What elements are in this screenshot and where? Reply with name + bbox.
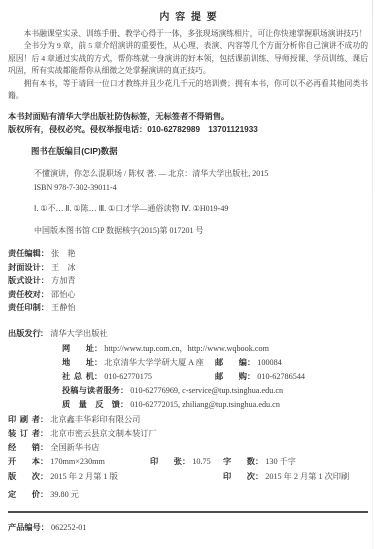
credit-label: 责任校对 (8, 290, 41, 299)
credit-label: 责任编辑 (8, 249, 41, 258)
label-colon: ： (182, 457, 190, 466)
sheets-value: 10.75 (192, 457, 210, 466)
credit-value: 王 冰 (51, 263, 76, 272)
price-value: 39.80 元 (50, 490, 79, 499)
mail-order-label: 邮购 (215, 370, 247, 384)
publisher-label: 出版发行 (8, 327, 40, 341)
website-label: 网址 (62, 342, 94, 356)
label-colon: ： (255, 472, 263, 481)
credit-row-proofreader: 责任校对： 邵怡心 (8, 288, 368, 301)
credit-value: 王静怡 (51, 303, 76, 312)
content-summary-title: 内 容 提 要 (8, 8, 368, 23)
label-colon: ： (40, 415, 48, 424)
publishing-info: 出版发行： 清华大学出版社 网址： http://www.tup.com.cn，… (8, 327, 368, 501)
label-colon: ： (41, 303, 49, 312)
contact-row-address: 地址： 北京清华大学学研大厦 A 座 邮编： 100084 (8, 356, 368, 370)
divider-rule (8, 511, 368, 513)
credit-row-cover-design: 封面设计： 王 冰 (8, 261, 368, 274)
impression-label: 印次 (223, 470, 255, 484)
publisher-row: 出版发行： 清华大学出版社 (8, 327, 368, 341)
cip-citation: 不懂演讲，你怎么混职场 / 陈权 著. — 北京：清华大学出版社, 2015 (34, 167, 368, 181)
impression-group: 印次： 2015 年 2 月第 1 次印刷 (223, 470, 349, 484)
anti-piracy-notice: 本书封面贴有清华大学出版社防伪标签，无标签者不得销售。 (8, 110, 368, 123)
credit-row-editor: 责任编辑： 张 艳 (8, 247, 368, 260)
submissions-value: 010-62776969, c-service@tup.tsinghua.edu… (130, 386, 283, 395)
format-value: 170mm×230mm (50, 457, 105, 466)
edition-row: 版次： 2015 年 2 月第 1 版 印次： 2015 年 2 月第 1 次印… (8, 470, 368, 484)
credit-value: 方加青 (51, 276, 76, 285)
label-colon: ： (247, 358, 255, 367)
specs-row: 开本： 170mm×230mm 印张： 10.75 字数： 130 千字 (8, 455, 368, 469)
printer-row: 印刷者： 北京鑫丰华彩印有限公司 (8, 413, 368, 427)
credit-label: 封面设计 (8, 263, 41, 272)
label-colon: ： (94, 358, 102, 367)
product-code-label: 产品编号 (8, 523, 41, 532)
label-colon: ： (120, 400, 128, 409)
switchboard-value: 010-62770175 (104, 372, 152, 381)
contact-row-switchboard: 社总机： 010-62770175 邮购： 010-62786544 (8, 370, 368, 384)
label-colon: ： (120, 386, 128, 395)
summary-paragraph-1: 本书融课堂实录、训练手册、教学心得于一体，多张现场演练相片，可让你快速掌握职场演… (8, 28, 368, 40)
website-value: http://www.tup.com.cn，http://www.wqbook.… (104, 344, 269, 353)
credit-label: 责任印制 (8, 303, 41, 312)
label-colon: ： (255, 457, 263, 466)
publisher-value: 清华大学出版社 (50, 329, 107, 338)
label-colon: ： (40, 457, 48, 466)
binder-row: 装订者： 北京市密云县京文制本装订厂 (8, 427, 368, 441)
switchboard-label: 社总机 (62, 370, 94, 384)
postcode-group: 邮编： 100084 (215, 356, 282, 370)
label-colon: ： (41, 276, 49, 285)
credit-label: 版式设计 (8, 276, 41, 285)
cip-heading: 图书在版编目(CIP)数据 (31, 145, 368, 157)
label-colon: ： (40, 329, 48, 338)
distributor-value: 全国新华书店 (50, 443, 99, 452)
label-colon: ： (41, 523, 49, 532)
word-count-value: 130 千字 (265, 457, 296, 466)
address-value: 北京清华大学学研大厦 A 座 (104, 358, 204, 367)
credit-value: 张 艳 (51, 249, 76, 258)
sheets-label: 印张 (150, 455, 182, 469)
label-colon: ： (41, 263, 49, 272)
price-label: 定价 (8, 488, 40, 502)
label-colon: ： (40, 490, 48, 499)
label-colon: ： (40, 472, 48, 481)
format-label: 开本 (8, 455, 40, 469)
distributor-label: 经销 (8, 441, 40, 455)
cip-block: 不懂演讲，你怎么混职场 / 陈权 著. — 北京：清华大学出版社, 2015 I… (34, 167, 368, 237)
address-label: 地址 (62, 356, 94, 370)
mail-order-group: 邮购： 010-62786544 (215, 370, 305, 384)
mail-order-value: 010-62786544 (257, 372, 305, 381)
label-colon: ： (40, 443, 48, 452)
copyright-page: 内 容 提 要 本书融课堂实录、训练手册、教学心得于一体，多张现场演练相片，可让… (0, 0, 375, 549)
edition-label: 版次 (8, 470, 40, 484)
copyright-notice: 版权所有，侵权必究。侵权举报电话：010-62782989 1370112193… (8, 123, 368, 136)
credit-value: 邵怡心 (51, 290, 76, 299)
credit-row-layout-design: 版式设计： 方加青 (8, 274, 368, 287)
printer-label: 印刷者 (8, 413, 40, 427)
cip-classification: Ⅰ. ①不… Ⅱ. ①陈… Ⅲ. ①口才学—通俗读物 Ⅳ. ①H019-49 (34, 202, 368, 215)
quality-feedback-value: 010-62772015, zhiliang@tup.tsinghua.edu.… (130, 400, 280, 409)
contact-row-website: 网址： http://www.tup.com.cn，http://www.wqb… (8, 342, 368, 356)
impression-value: 2015 年 2 月第 1 次印刷 (265, 472, 349, 481)
cip-registry-number: 中国版本图书馆 CIP 数据核字(2015)第 017201 号 (34, 224, 368, 237)
sheets-group: 印张： 10.75 (150, 455, 211, 469)
binder-value: 北京市密云县京文制本装订厂 (50, 429, 156, 438)
distributor-row: 经销： 全国新华书店 (8, 441, 368, 455)
word-count-group: 字数： 130 千字 (223, 455, 296, 469)
credit-row-print-supervisor: 责任印制： 王静怡 (8, 301, 368, 314)
cip-isbn: ISBN 978-7-302-39011-4 (34, 181, 368, 195)
price-row: 定价： 39.80 元 (8, 488, 368, 502)
editorial-credits: 责任编辑： 张 艳 封面设计： 王 冰 版式设计： 方加青 责任校对： 邵怡心 … (8, 247, 368, 314)
submissions-label: 投稿与读者服务 (62, 384, 120, 398)
label-colon: ： (94, 372, 102, 381)
product-code-value: 062252-01 (51, 523, 86, 532)
summary-paragraph-3: 拥有本书，等于请回一位口才教练并且少花几千元的培训费；拥有本书，你可以不必再看其… (8, 78, 368, 103)
scan-edge-artifact (372, 0, 373, 549)
product-code-row: 产品编号： 062252-01 (8, 521, 368, 535)
label-colon: ： (40, 429, 48, 438)
word-count-label: 字数 (223, 455, 255, 469)
label-colon: ： (247, 372, 255, 381)
summary-paragraph-2: 全书分为 9 章，前 5 章介绍演讲的重要性，从心理、表演、内容等几个方面分析你… (8, 40, 368, 77)
binder-label: 装订者 (8, 427, 40, 441)
postcode-label: 邮编 (215, 356, 247, 370)
contact-row-quality-feedback: 质量反馈： 010-62772015, zhiliang@tup.tsinghu… (8, 398, 368, 412)
label-colon: ： (94, 344, 102, 353)
quality-feedback-label: 质量反馈 (62, 398, 120, 412)
postcode-value: 100084 (257, 358, 282, 367)
label-colon: ： (41, 290, 49, 299)
label-colon: ： (41, 249, 49, 258)
content-summary: 内 容 提 要 本书融课堂实录、训练手册、教学心得于一体，多张现场演练相片，可让… (8, 8, 368, 102)
contact-row-submissions: 投稿与读者服务： 010-62776969, c-service@tup.tsi… (8, 384, 368, 398)
legal-notices: 本书封面贴有清华大学出版社防伪标签，无标签者不得销售。 版权所有，侵权必究。侵权… (8, 110, 368, 136)
printer-value: 北京鑫丰华彩印有限公司 (50, 415, 140, 424)
edition-value: 2015 年 2 月第 1 版 (50, 472, 118, 481)
